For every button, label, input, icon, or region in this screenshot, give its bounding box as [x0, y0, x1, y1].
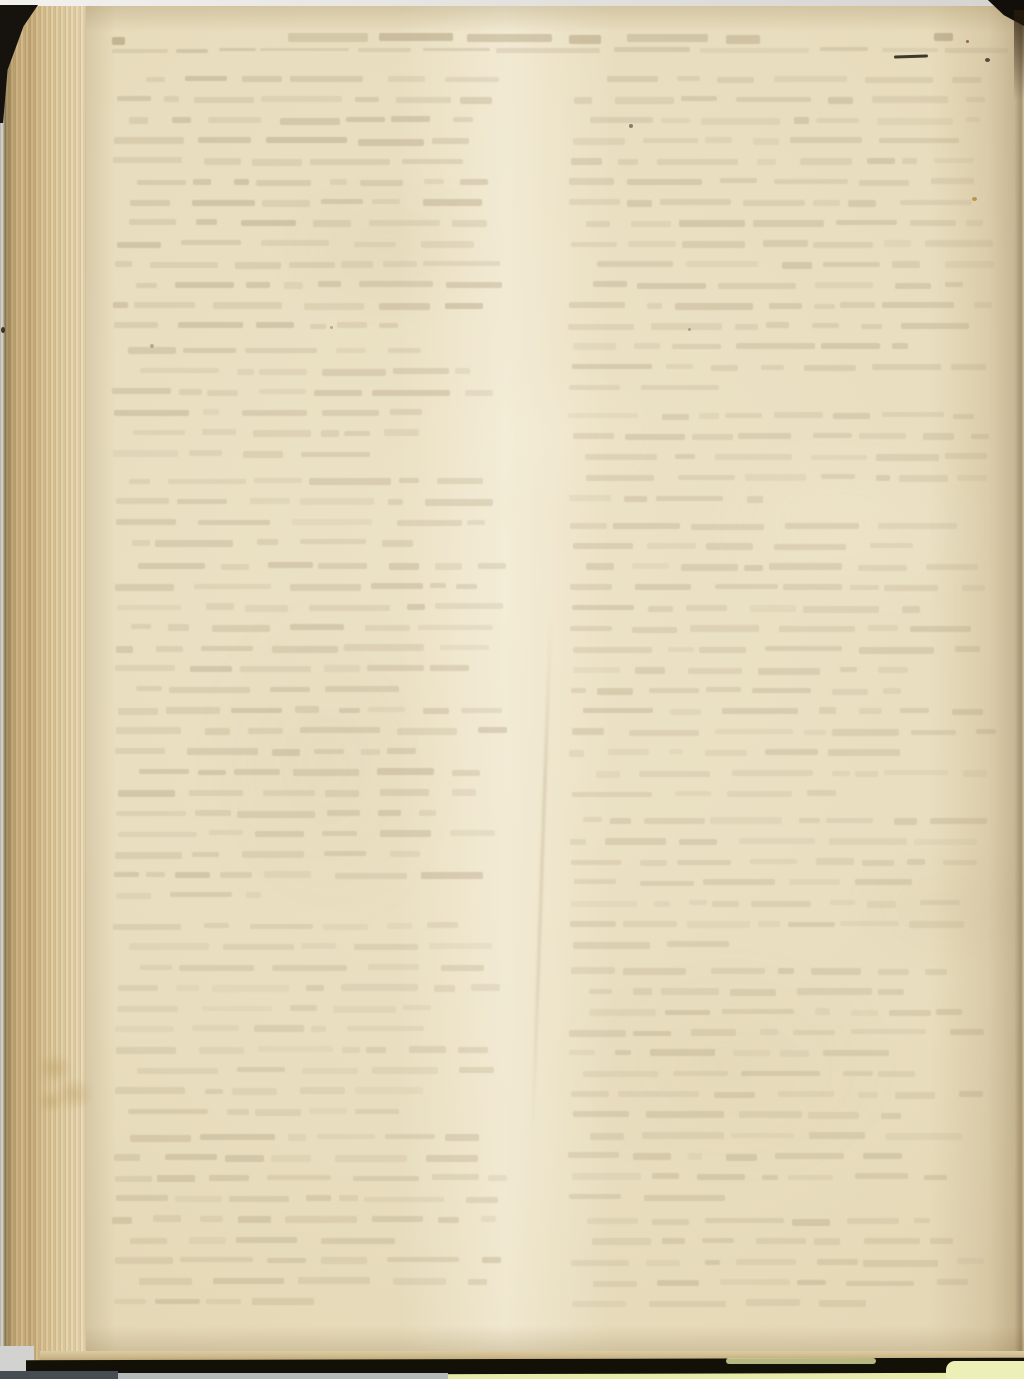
- amber-speck: [972, 197, 977, 201]
- column-speck: [629, 124, 633, 128]
- small-dark-speck: [688, 328, 691, 331]
- ink-dot: [985, 58, 990, 62]
- book-cover-right-shadow: [1014, 10, 1024, 100]
- spine-edge-speck: [1, 327, 5, 333]
- pen-dash: [894, 54, 928, 58]
- marks-layer: [0, 0, 1024, 1379]
- desk-bottom-left-corner: [0, 1371, 118, 1379]
- desk-bottom-strip: [118, 1373, 448, 1379]
- next-page-edge-smudge: [726, 1358, 876, 1364]
- mid-page-speck: [330, 326, 333, 329]
- red-speck: [966, 40, 969, 43]
- left-margin-dot: [150, 344, 154, 348]
- foxing-stain: [28, 1046, 104, 1120]
- next-page-corner: [946, 1361, 1024, 1379]
- scanned-book-page: [0, 0, 1024, 1379]
